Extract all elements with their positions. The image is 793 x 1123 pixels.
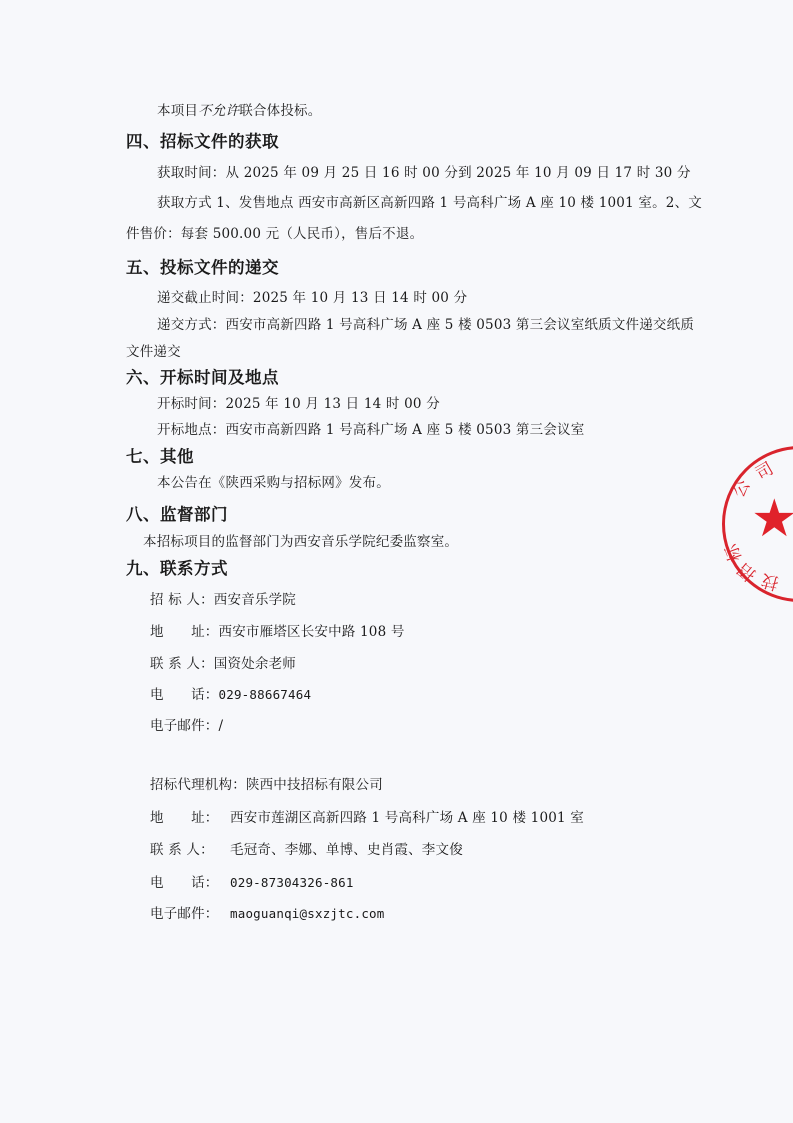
submit-method-line1: 递交方式：西安市高新四路 1 号高科广场 A 座 5 楼 0503 第三会议室纸… <box>157 313 694 333</box>
stamp-char: 招 <box>731 558 760 588</box>
contact-value: 陕西中技招标有限公司 <box>246 777 383 793</box>
submit-method-line2: 文件递交 <box>126 340 181 360</box>
contact-value: / <box>219 718 224 734</box>
star-icon: ★ <box>751 493 793 545</box>
contact-row: 电子邮件：maoguanqi@sxzjtc.com <box>150 902 385 922</box>
note-suffix: 联合体投标。 <box>239 103 321 119</box>
contact-row: 联 系 人：国资处余老师 <box>150 652 296 672</box>
opening-time: 开标时间：2025 年 10 月 13 日 14 时 00 分 <box>157 392 440 412</box>
contact-label: 招标代理机构： <box>150 773 246 793</box>
contact-label: 地 址： <box>150 806 230 826</box>
contact-value: 西安市雁塔区长安中路 108 号 <box>219 624 405 640</box>
contact-label: 电 话： <box>150 871 230 891</box>
contact-label: 联 系 人： <box>150 838 230 858</box>
section-title-9: 九、联系方式 <box>126 555 228 579</box>
contact-row: 电 话：029-87304326-861 <box>150 871 354 891</box>
contact-value: maoguanqi@sxzjtc.com <box>230 906 385 921</box>
document-page: 本项目不允许联合体投标。 四、招标文件的获取 获取时间：从 2025 年 09 … <box>0 0 793 1123</box>
contact-label: 电 话： <box>150 683 219 703</box>
contact-row: 联 系 人：毛冠奇、李娜、单博、史肖霞、李文俊 <box>150 838 463 858</box>
other-text: 本公告在《陕西采购与招标网》发布。 <box>157 471 390 491</box>
contact-row: 电子邮件：/ <box>150 714 223 734</box>
contact-row: 电 话：029-88667464 <box>150 683 311 703</box>
contact-value: 029-88667464 <box>219 687 312 702</box>
contact-value: 毛冠奇、李娜、单博、史肖霞、李文俊 <box>230 842 463 858</box>
opening-place: 开标地点：西安市高新四路 1 号高科广场 A 座 5 楼 0503 第三会议室 <box>157 418 584 438</box>
contact-row: 地 址：西安市雁塔区长安中路 108 号 <box>150 620 405 640</box>
obtain-time: 获取时间：从 2025 年 09 月 25 日 16 时 00 分到 2025 … <box>157 161 691 181</box>
stamp-char: 技 <box>758 569 781 598</box>
obtain-method-line2: 件售价：每套 500.00 元（人民币），售后不退。 <box>126 222 423 242</box>
note-italic: 不允许 <box>198 103 239 119</box>
contact-value: 国资处余老师 <box>214 656 296 672</box>
contact-row: 招标代理机构：陕西中技招标有限公司 <box>150 773 383 793</box>
contact-label: 电子邮件： <box>150 902 230 922</box>
consortium-note: 本项目不允许联合体投标。 <box>157 99 321 119</box>
submit-deadline: 递交截止时间：2025 年 10 月 13 日 14 时 00 分 <box>157 286 467 306</box>
supervision-text: 本招标项目的监督部门为西安音乐学院纪委监察室。 <box>143 530 458 550</box>
section-title-6: 六、开标时间及地点 <box>126 364 279 388</box>
stamp-char: 司 <box>750 454 777 484</box>
note-prefix: 本项目 <box>157 103 198 119</box>
section-title-8: 八、监督部门 <box>126 501 228 525</box>
contact-label: 电子邮件： <box>150 714 219 734</box>
contact-row: 招 标 人：西安音乐学院 <box>150 588 296 608</box>
obtain-method-line1: 获取方式 1、发售地点 西安市高新区高新四路 1 号高科广场 A 座 10 楼 … <box>157 191 702 211</box>
company-seal-stamp: ★ 司 公 标 招 技 <box>722 446 793 602</box>
section-title-7: 七、其他 <box>126 443 194 467</box>
contact-row: 地 址：西安市莲湖区高新四路 1 号高科广场 A 座 10 楼 1001 室 <box>150 806 584 826</box>
section-title-4: 四、招标文件的获取 <box>126 128 279 152</box>
contact-label: 联 系 人： <box>150 652 214 672</box>
contact-value: 029-87304326-861 <box>230 875 354 890</box>
section-title-5: 五、投标文件的递交 <box>126 254 279 278</box>
stamp-char: 标 <box>717 541 746 566</box>
contact-label: 招 标 人： <box>150 588 214 608</box>
contact-value: 西安市莲湖区高新四路 1 号高科广场 A 座 10 楼 1001 室 <box>230 810 584 826</box>
contact-label: 地 址： <box>150 620 219 640</box>
contact-value: 西安音乐学院 <box>214 592 296 608</box>
